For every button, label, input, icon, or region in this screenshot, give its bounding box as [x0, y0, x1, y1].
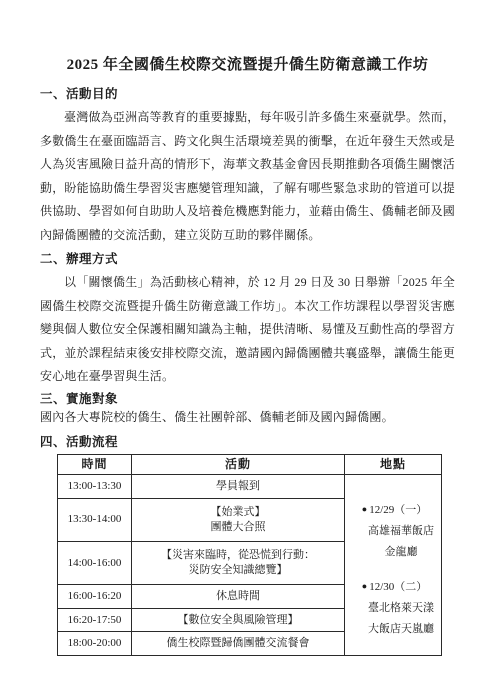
location-cell: ●12/29（一） 高雄福華飯店 金龍廳 ●12/30（二） 臺北格萊天漾 大飯… — [345, 475, 442, 656]
location-item: ●12/29（一） 高雄福華飯店 金龍廳 — [351, 499, 438, 563]
document-content: 2025 年全國僑生校際交流暨提升僑生防衛意識工作坊 一、活動目的 臺灣做為亞洲… — [0, 0, 495, 656]
location-date: 12/30（二） — [369, 581, 427, 593]
column-header-location: 地點 — [345, 455, 442, 475]
time-cell: 13:30-14:00 — [58, 498, 132, 541]
time-cell: 16:00-16:20 — [58, 585, 132, 609]
activity-cell: 【始業式】 團體大合照 — [132, 498, 345, 541]
activity-cell: 休息時間 — [132, 585, 345, 609]
paragraph-audience: 國內各大專院校的僑生、僑生社團幹部、僑輔老師及國內歸僑團。 — [40, 406, 455, 430]
section-heading-schedule: 四、活動流程 — [40, 435, 455, 449]
document-title: 2025 年全國僑生校際交流暨提升僑生防衛意識工作坊 — [40, 55, 455, 75]
location-item: ●12/30（二） 臺北格萊天漾 大飯店天嵐廳 — [351, 576, 438, 640]
document-page: 2025 年全國僑生校際交流暨提升僑生防衛意識工作坊 一、活動目的 臺灣做為亞洲… — [0, 0, 495, 700]
table-header-row: 時間 活動 地點 — [58, 455, 442, 475]
time-cell: 18:00-20:00 — [58, 632, 132, 656]
time-cell: 13:00-13:30 — [58, 475, 132, 499]
time-cell: 16:20-17:50 — [58, 608, 132, 632]
section-heading-purpose: 一、活動目的 — [40, 87, 455, 101]
time-cell: 14:00-16:00 — [58, 541, 132, 584]
bullet-icon: ● — [362, 581, 367, 591]
location-venue: 高雄福華飯店 金龍廳 — [351, 521, 438, 563]
location-date: 12/29（一） — [369, 504, 427, 516]
paragraph-method: 以「關懷僑生」為活動核心精神，於 12 月 29 日及 30 日舉辦「2025 … — [40, 271, 455, 389]
activity-cell: 學員報到 — [132, 475, 345, 499]
table-row: 13:00-13:30 學員報到 ●12/29（一） 高雄福華飯店 金龍廳 ●1… — [58, 475, 442, 499]
paragraph-purpose: 臺灣做為亞洲高等教育的重要據點，每年吸引許多僑生來臺就學。然而，多數僑生在臺面臨… — [40, 106, 455, 247]
section-heading-audience: 三、實施對象 — [40, 392, 455, 406]
activity-cell: 僑生校際暨歸僑團體交流餐會 — [132, 632, 345, 656]
activity-cell: 【災害來臨時，從恐慌到行動： 災防安全知識總覽】 — [132, 541, 345, 584]
activity-cell: 【數位安全與風險管理】 — [132, 608, 345, 632]
column-header-activity: 活動 — [132, 455, 345, 475]
bullet-icon: ● — [362, 504, 367, 514]
schedule-table: 時間 活動 地點 13:00-13:30 學員報到 ●12/29（一） 高雄福華… — [57, 454, 442, 656]
section-heading-method: 二、辦理方式 — [40, 252, 455, 266]
column-header-time: 時間 — [58, 455, 132, 475]
location-venue: 臺北格萊天漾 大飯店天嵐廳 — [351, 598, 438, 640]
